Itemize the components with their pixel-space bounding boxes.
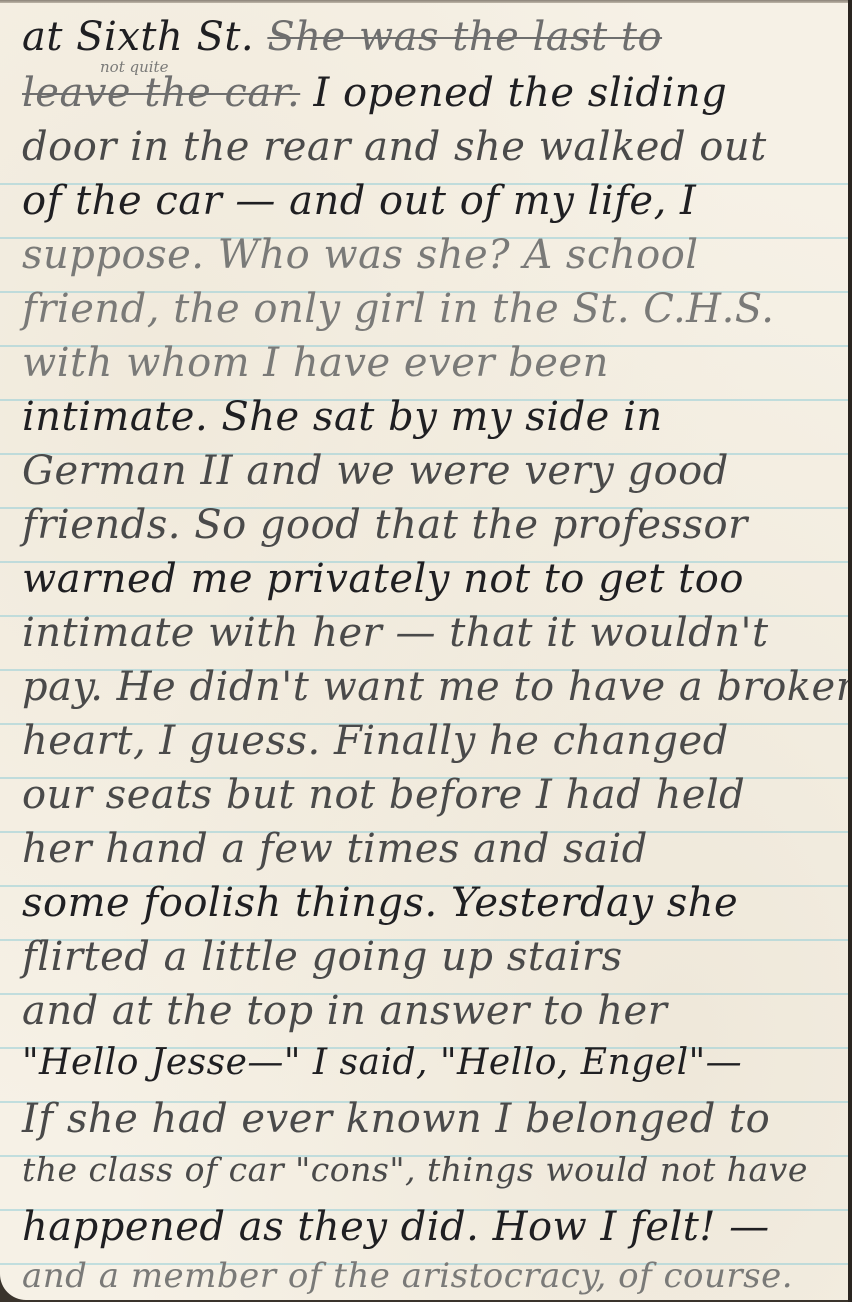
text-line-7: with whom I have ever been: [22, 343, 609, 383]
struck-text: She was the last to: [267, 14, 662, 60]
text-line-4: of the car — and out of my life, I: [22, 181, 696, 221]
text-line-10: friends. So good that the professor: [22, 505, 748, 545]
text-line-21: If she had ever known I belonged to: [22, 1099, 770, 1139]
text-line-16: her hand a few times and said: [22, 829, 648, 869]
struck-text: leave the car.: [22, 70, 300, 116]
text-line-14: heart, I guess. Finally he changed: [22, 721, 729, 761]
page-right-edge: [848, 0, 852, 1302]
text-line-15: our seats but not before I had held: [22, 775, 745, 815]
text-line-17: some foolish things. Yesterday she: [22, 883, 738, 923]
text-line-24: and a member of the aristocracy, of cour…: [22, 1259, 793, 1293]
text-line-6: friend, the only girl in the St. C.H.S.: [22, 289, 774, 329]
text-line-13: pay. He didn't want me to have a broken: [22, 667, 848, 707]
text-line-20: "Hello Jesse—" I said, "Hello, Engel"—: [22, 1045, 742, 1081]
line-text: at Sixth St.: [22, 14, 254, 60]
text-line-1: at Sixth St. She was the last to: [22, 17, 662, 57]
text-line-18: flirted a little going up stairs: [22, 937, 623, 977]
text-line-23: happened as they did. How I felt! —: [22, 1207, 770, 1247]
text-line-2: leave the car. I opened the sliding: [22, 73, 727, 113]
text-line-9: German II and we were very good: [22, 451, 729, 491]
text-line-19: and at the top in answer to her: [22, 991, 667, 1031]
text-line-3: door in the rear and she walked out: [22, 127, 767, 167]
text-line-22: the class of car "cons", things would no…: [22, 1153, 808, 1186]
text-line-12: intimate with her — that it wouldn't: [22, 613, 769, 653]
diary-page: at Sixth St. She was the last to not qui…: [0, 3, 848, 1300]
text-line-8: intimate. She sat by my side in: [22, 397, 663, 437]
text-line-5: suppose. Who was she? A school: [22, 235, 699, 275]
line-text: I opened the sliding: [313, 70, 727, 116]
text-line-11: warned me privately not to get too: [22, 559, 744, 599]
